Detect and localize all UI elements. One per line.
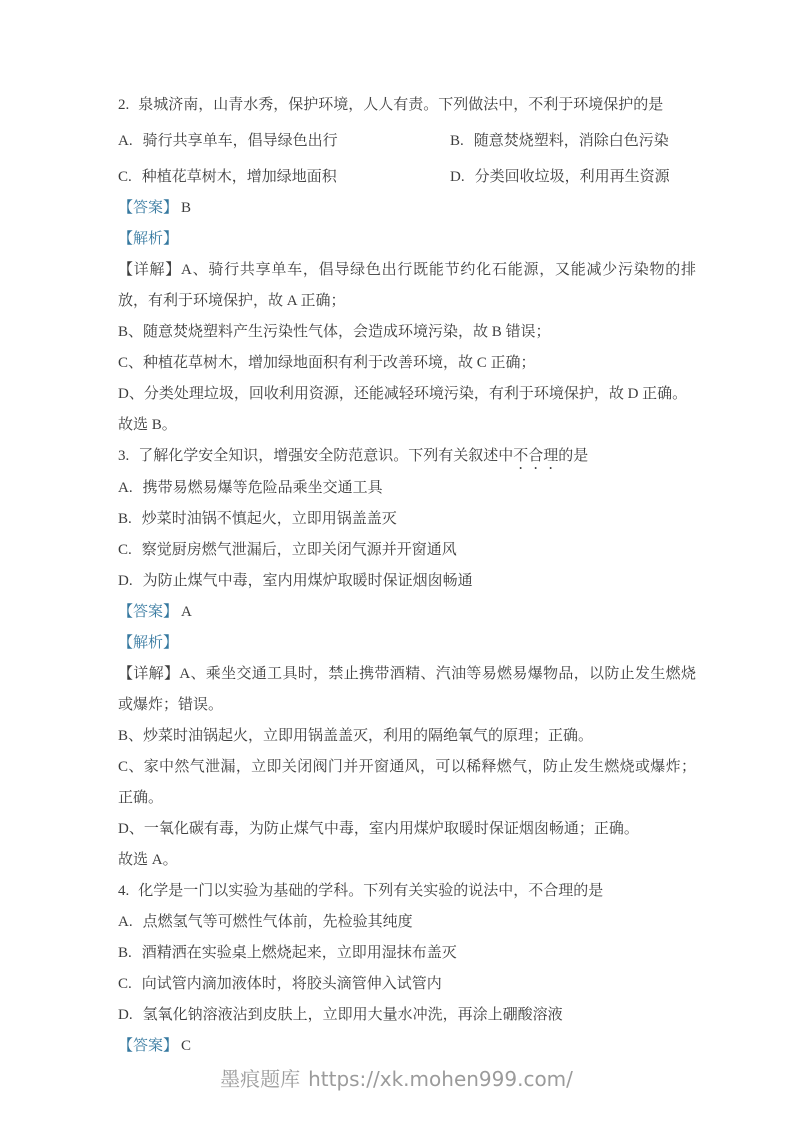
option-letter: C. bbox=[118, 542, 132, 558]
footer-site-name: 墨痕题库 bbox=[220, 1067, 300, 1091]
question-3-detail-paragraph: B、炒菜时油锅起火，立即用锅盖盖灭，利用的隔绝氧气的原理；正确。 bbox=[118, 721, 696, 752]
analysis-label: 【解析】 bbox=[118, 635, 178, 651]
option-text: 携带易燃易爆等危险品乘坐交通工具 bbox=[143, 480, 383, 496]
option-letter: A. bbox=[118, 914, 133, 930]
question-3-conclusion: 故选 A。 bbox=[118, 845, 696, 876]
option-text: 为防止煤气中毒，室内用煤炉取暖时保证烟囱畅通 bbox=[143, 573, 473, 589]
question-4-stem: 4.化学是一门以实验为基础的学科。下列有关实验的说法中，不合理的是 bbox=[118, 876, 696, 907]
analysis-label: 【解析】 bbox=[118, 231, 178, 247]
question-4-option-d: D.氢氧化钠溶液沾到皮肤上，立即用大量水冲洗，再涂上硼酸溶液 bbox=[118, 1000, 696, 1031]
option-letter: B. bbox=[118, 945, 132, 961]
option-text: 种植花草树木，增加绿地面积 bbox=[142, 169, 337, 185]
option-letter: D. bbox=[118, 1007, 133, 1023]
option-text: 向试管内滴加液体时，将胶头滴管伸入试管内 bbox=[142, 976, 442, 992]
question-3-answer-value: A bbox=[181, 604, 192, 620]
question-4-number: 4. bbox=[118, 883, 129, 899]
question-3-option-a: A.携带易燃易爆等危险品乘坐交通工具 bbox=[118, 473, 696, 504]
question-4-answer-value: C bbox=[181, 1038, 191, 1054]
question-2-answer-value: B bbox=[181, 200, 191, 216]
question-4-stem-text: 化学是一门以实验为基础的学科。下列有关实验的说法中，不合理的是 bbox=[138, 883, 603, 899]
question-3-option-d: D.为防止煤气中毒，室内用煤炉取暖时保证烟囱畅通 bbox=[118, 566, 696, 597]
question-3-stem: 3.了解化学安全知识，增强安全防范意识。下列有关叙述中不合理的是 bbox=[118, 441, 696, 473]
question-2-detail-paragraph: C、种植花草树木，增加绿地面积有利于改善环境，故 C 正确； bbox=[118, 348, 696, 379]
question-4-option-c: C.向试管内滴加液体时，将胶头滴管伸入试管内 bbox=[118, 969, 696, 1000]
option-text: 氢氧化钠溶液沾到皮肤上，立即用大量水冲洗，再涂上硼酸溶液 bbox=[143, 1007, 563, 1023]
question-3-detail-paragraph: D、一氧化碳有毒，为防止煤气中毒，室内用煤炉取暖时保证烟囱畅通；正确。 bbox=[118, 814, 696, 845]
question-3-analysis-line: 【解析】 bbox=[118, 628, 696, 659]
question-4-option-b: B.酒精洒在实验桌上燃烧起来，立即用湿抹布盖灭 bbox=[118, 938, 696, 969]
option-text: 随意焚烧塑料，消除白色污染 bbox=[474, 133, 669, 149]
question-3-answer-line: 【答案】A bbox=[118, 597, 696, 628]
question-4-answer-line: 【答案】C bbox=[118, 1031, 696, 1062]
question-3-stem-text: 了解化学安全知识，增强安全防范意识。下列有关叙述中 bbox=[138, 448, 513, 464]
answer-label: 【答案】 bbox=[118, 200, 178, 216]
exam-content: 2.泉城济南，山青水秀，保护环境，人人有责。下列做法中，不利于环境保护的是 A.… bbox=[118, 90, 696, 1062]
question-3-stem-text-after: 的是 bbox=[558, 448, 588, 464]
question-3-detail-paragraph: 【详解】A、乘坐交通工具时，禁止携带酒精、汽油等易燃易爆物品，以防止发生燃烧或爆… bbox=[118, 659, 696, 721]
question-2-options-row-2: C.种植花草树木，增加绿地面积 D.分类回收垃圾，利用再生资源 bbox=[118, 162, 696, 193]
option-letter: D. bbox=[118, 573, 133, 589]
question-2-option-b: B.随意焚烧塑料，消除白色污染 bbox=[450, 126, 669, 157]
question-2-number: 2. bbox=[118, 97, 129, 113]
question-2-analysis-line: 【解析】 bbox=[118, 224, 696, 255]
question-2-conclusion: 故选 B。 bbox=[118, 410, 696, 441]
question-3-detail-paragraph: C、家中然气泄漏，立即关闭阀门并开窗通风，可以稀释燃气，防止发生燃烧或爆炸；正确… bbox=[118, 752, 696, 814]
option-letter: C. bbox=[118, 976, 132, 992]
page-footer: 墨痕题库https://xk.mohen999.com/ bbox=[0, 1063, 793, 1092]
question-2-option-d: D.分类回收垃圾，利用再生资源 bbox=[450, 162, 670, 193]
question-4-option-a: A.点燃氢气等可燃性气体前，先检验其纯度 bbox=[118, 907, 696, 938]
option-letter: B. bbox=[450, 133, 464, 149]
question-2-answer-line: 【答案】B bbox=[118, 193, 696, 224]
option-letter: C. bbox=[118, 169, 132, 185]
question-3-option-c: C.察觉厨房燃气泄漏后，立即关闭气源并开窗通风 bbox=[118, 535, 696, 566]
option-text: 点燃氢气等可燃性气体前，先检验其纯度 bbox=[143, 914, 413, 930]
option-text: 炒菜时油锅不慎起火，立即用锅盖盖灭 bbox=[142, 511, 397, 527]
answer-label: 【答案】 bbox=[118, 1038, 178, 1054]
question-2-options-row-1: A.骑行共享单车，倡导绿色出行 B.随意焚烧塑料，消除白色污染 bbox=[118, 126, 696, 157]
question-2-option-c: C.种植花草树木，增加绿地面积 bbox=[118, 162, 450, 193]
emphasized-text: 不合理 bbox=[513, 448, 558, 464]
option-letter: A. bbox=[118, 133, 133, 149]
question-3-number: 3. bbox=[118, 448, 129, 464]
question-2-option-a: A.骑行共享单车，倡导绿色出行 bbox=[118, 126, 450, 157]
option-letter: D. bbox=[450, 169, 465, 185]
option-letter: A. bbox=[118, 480, 133, 496]
option-text: 骑行共享单车，倡导绿色出行 bbox=[143, 133, 338, 149]
option-text: 察觉厨房燃气泄漏后，立即关闭气源并开窗通风 bbox=[142, 542, 457, 558]
answer-label: 【答案】 bbox=[118, 604, 178, 620]
option-text: 酒精洒在实验桌上燃烧起来，立即用湿抹布盖灭 bbox=[142, 945, 457, 961]
question-2-detail-paragraph: 【详解】A、骑行共享单车，倡导绿色出行既能节约化石能源，又能减少污染物的排放，有… bbox=[118, 255, 696, 317]
option-letter: B. bbox=[118, 511, 132, 527]
question-2-detail-paragraph: D、分类处理垃圾，回收利用资源，还能减轻环境污染，有利于环境保护，故 D 正确。 bbox=[118, 379, 696, 410]
question-2-stem-text: 泉城济南，山青水秀，保护环境，人人有责。下列做法中，不利于环境保护的是 bbox=[138, 97, 663, 113]
question-3-option-b: B.炒菜时油锅不慎起火，立即用锅盖盖灭 bbox=[118, 504, 696, 535]
option-text: 分类回收垃圾，利用再生资源 bbox=[475, 169, 670, 185]
footer-site-url[interactable]: https://xk.mohen999.com/ bbox=[308, 1067, 573, 1091]
question-2-stem: 2.泉城济南，山青水秀，保护环境，人人有责。下列做法中，不利于环境保护的是 bbox=[118, 90, 696, 121]
question-2-detail-paragraph: B、随意焚烧塑料产生污染性气体，会造成环境污染，故 B 错误； bbox=[118, 317, 696, 348]
